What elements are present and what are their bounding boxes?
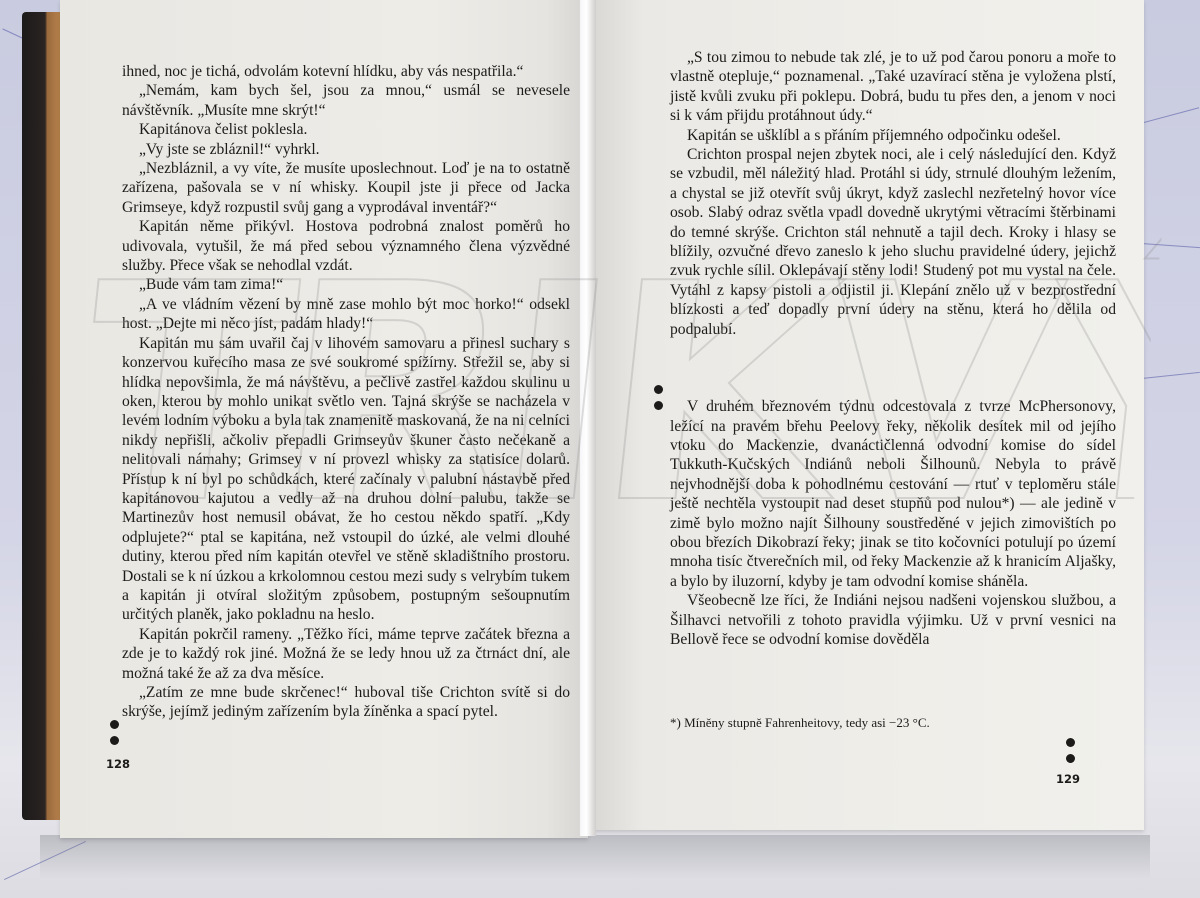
paragraph: Kapitán mu sám uvařil čaj v lihovém samo… [122, 334, 570, 625]
pen-scribble [1141, 107, 1199, 123]
paragraph: Všeobecně lze říci, že Indiáni nejsou na… [670, 591, 1116, 649]
pen-scribble [1140, 243, 1200, 248]
paragraph: Crichton prospal nejen zbytek noci, ale … [670, 145, 1116, 339]
left-page: ihned, noc je tichá, odvolám kotevní hlí… [60, 0, 588, 838]
bullet-dot-icon [110, 736, 119, 745]
paragraph: „A ve vládním vězení by mně zase mohlo b… [122, 295, 570, 334]
page-marker-dots [1066, 738, 1075, 763]
paragraph: „Bude vám tam zima!“ [122, 275, 570, 294]
bullet-dot-icon [1066, 754, 1075, 763]
paragraph: Kapitánova čelist poklesla. [122, 120, 570, 139]
paragraph: „Zatím ze mne bude skrčenec!“ huboval ti… [122, 683, 570, 722]
section-break-space [670, 339, 1116, 397]
paragraph: Kapitán se ušklíbl a s přáním příjemného… [670, 126, 1116, 145]
bullet-dot-icon [654, 385, 663, 394]
right-page: „S tou zimou to nebude tak zlé, je to už… [588, 0, 1144, 830]
page-number: 128 [106, 757, 130, 771]
paragraph: „Vy jste se zbláznil!“ vyhrkl. [122, 140, 570, 159]
paragraph: ihned, noc je tichá, odvolám kotevní hlí… [122, 62, 570, 81]
bullet-dot-icon [1066, 738, 1075, 747]
book-shadow [40, 835, 1150, 898]
page-marker-dots [110, 720, 119, 745]
section-break-dots [654, 385, 663, 410]
book-cover-edge [22, 12, 64, 820]
paragraph: Kapitán něme přikývl. Hostova podrobná z… [122, 217, 570, 275]
pen-scribble [1140, 372, 1200, 379]
footnote: *) Míněny stupně Fahrenheitovy, tedy asi… [670, 715, 930, 731]
page-number: 129 [1056, 772, 1080, 786]
bullet-dot-icon [110, 720, 119, 729]
paragraph: V druhém březnovém týdnu odcestovala z t… [670, 397, 1116, 591]
right-page-text: „S tou zimou to nebude tak zlé, je to už… [670, 48, 1116, 649]
bullet-dot-icon [654, 401, 663, 410]
book-gutter [580, 0, 596, 836]
paragraph: Kapitán pokrčil rameny. „Těžko říci, mám… [122, 625, 570, 683]
paragraph: „S tou zimou to nebude tak zlé, je to už… [670, 48, 1116, 126]
paragraph: „Nemám, kam bych šel, jsou za mnou,“ usm… [122, 81, 570, 120]
left-page-text: ihned, noc je tichá, odvolám kotevní hlí… [122, 62, 570, 722]
paragraph: „Nezbláznil, a vy víte, že musíte uposle… [122, 159, 570, 217]
